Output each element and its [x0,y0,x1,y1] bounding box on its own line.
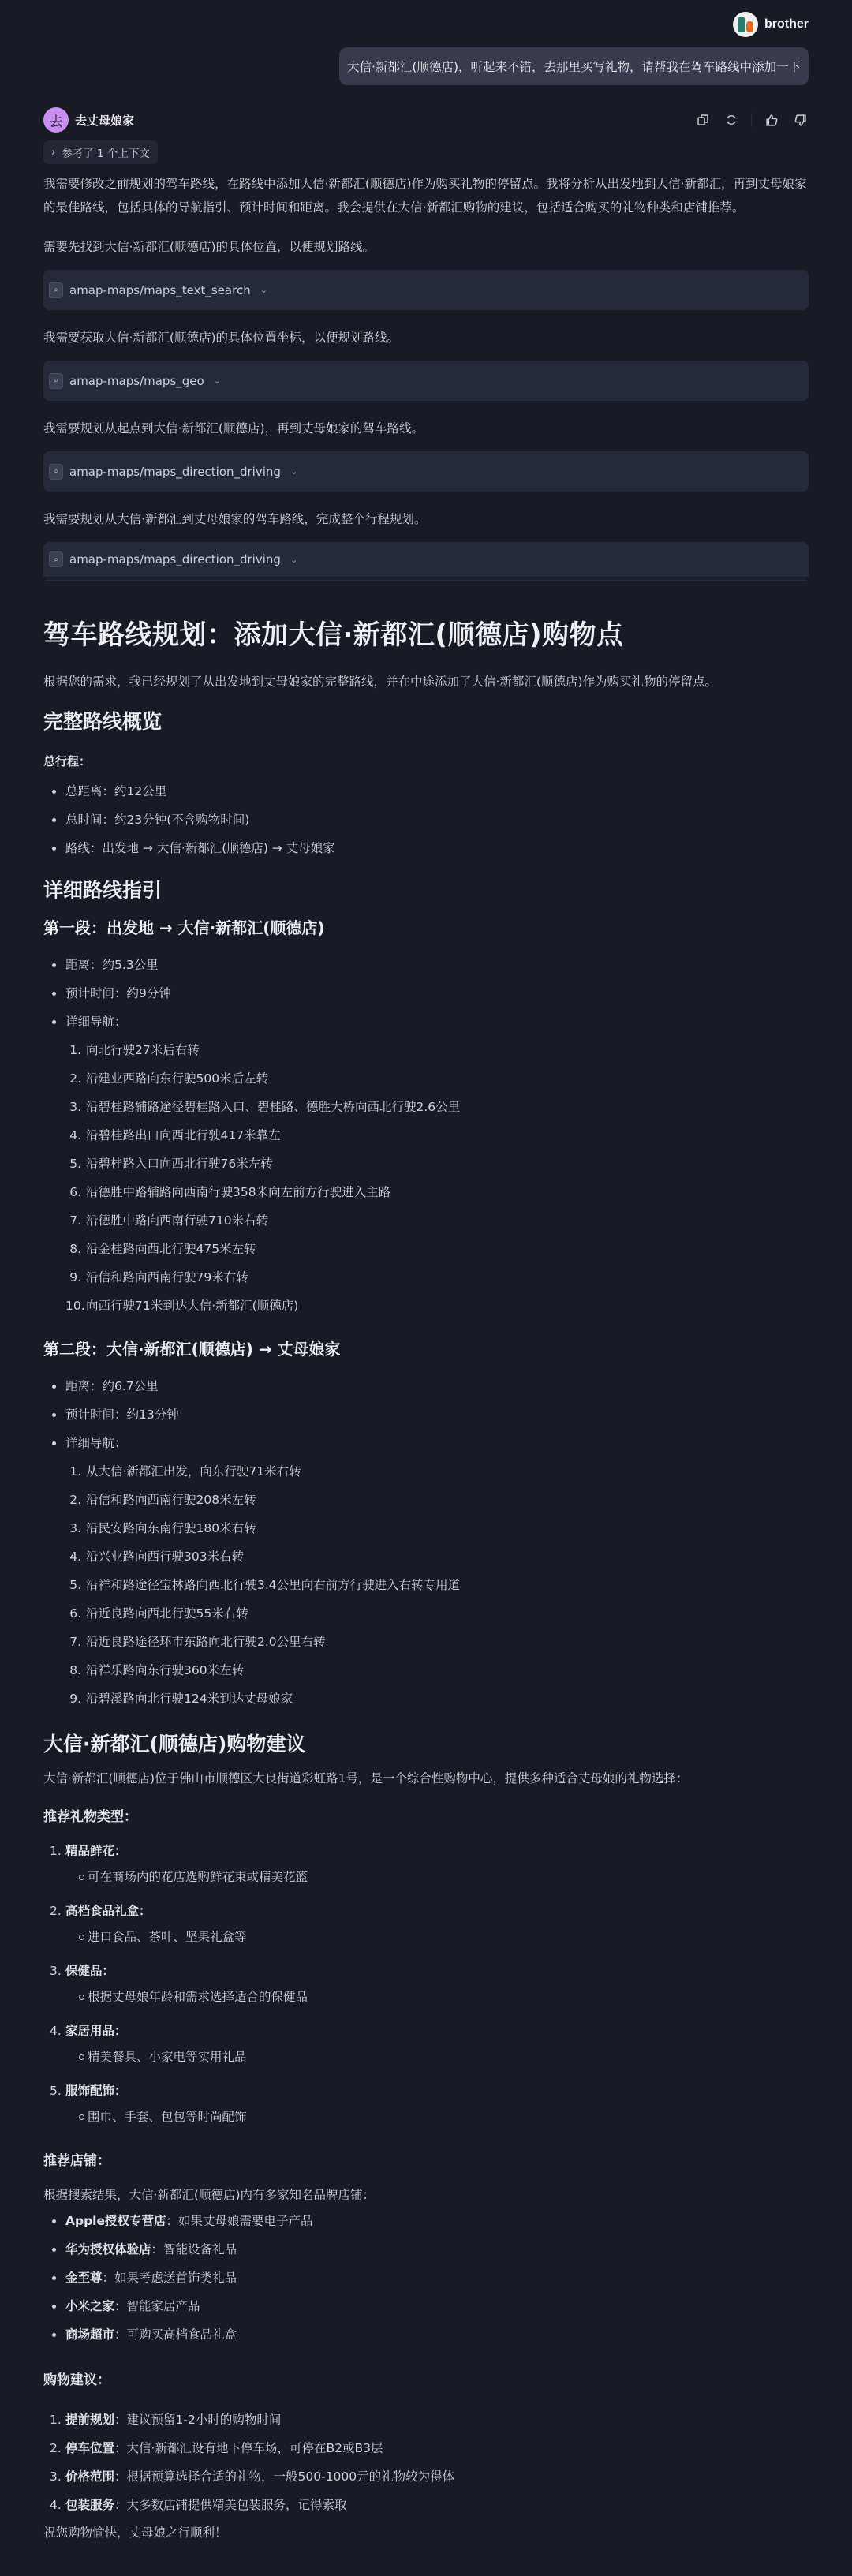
user-message-bubble: 大信·新都汇(顺德店)，听起来不错，去那里买写礼物，请帮我在驾车路线中添加一下 [339,47,809,85]
overview-label: 总行程： [43,750,809,772]
leg1-steps: 1.向北行驶27米后右转 2.沿建业西路向东行驶500米后左转 3.沿碧桂路辅路… [65,1036,809,1320]
tool-call-name: amap-maps/maps_direction_driving [69,465,281,479]
context-reference-label: 参考了 1 个上下文 [62,144,150,160]
chevron-right-icon: › [51,147,55,159]
user-avatar[interactable] [733,12,758,37]
assistant-name: 去丈母娘家 [75,112,134,129]
shopping-intro: 大信·新都汇(顺德店)位于佛山市顺德区大良街道彩虹路1号，是一个综合性购物中心，… [43,1767,809,1790]
stores-heading: 推荐店铺： [43,2150,809,2172]
tips-list: 1.提前规划：建议预留1-2小时的购物时间 2.停车位置：大信·新都汇设有地下停… [43,2406,809,2519]
tool-call-name: amap-maps/maps_direction_driving [69,552,281,566]
nav-step: 4.沿兴业路向西行驶303米右转 [65,1542,809,1571]
thumbs-down-icon[interactable] [791,111,809,129]
chevron-down-icon: ⌄ [214,376,221,386]
overview-item: 总时间：约23分钟(不含购物时间) [43,806,809,834]
tool-step-text: 我需要规划从大信·新都汇到丈母娘家的驾车路线，完成整个行程规划。 [43,507,809,531]
tool-call-name: amap-maps/maps_text_search [69,283,251,297]
leg2-info: 距离：约6.7公里 预计时间：约13分钟 详细导航： 1.从大信·新都汇出发，向… [43,1372,809,1713]
gift-type-item: 1.精品鲜花：可在商场内的花店选购鲜花束或精美花篮 [43,1839,809,1891]
tool-step-text: 我需要规划从起点到大信·新都汇(顺德店)，再到丈母娘家的驾车路线。 [43,417,809,440]
stores-list: Apple授权专营店：如果丈母娘需要电子产品 华为授权体验店：智能设备礼品 金至… [43,2207,809,2349]
leg1-nav-label: 详细导航： 1.向北行驶27米后右转 2.沿建业西路向东行驶500米后左转 3.… [43,1008,809,1320]
nav-step: 3.沿碧桂路辅路途径碧桂路入口、碧桂路、德胜大桥向西北行驶2.6公里 [65,1093,809,1121]
tool-call-card[interactable]: ⌕ amap-maps/maps_geo ⌄ [43,361,809,401]
stores-intro: 根据搜索结果，大信·新都汇(顺德店)内有多家知名品牌店铺： [43,2183,809,2207]
nav-step: 2.沿建业西路向东行驶500米后左转 [65,1064,809,1093]
nav-step: 3.沿民安路向东南行驶180米右转 [65,1514,809,1542]
nav-step: 8.沿祥乐路向东行驶360米左转 [65,1656,809,1684]
gift-type-item: 3.保健品：根据丈母娘年龄和需求选择适合的保健品 [43,1959,809,2011]
chevron-down-icon: ⌄ [290,466,297,477]
shopping-heading: 大信·新都汇(顺德店)购物建议 [43,1730,809,1759]
gift-type-item: 5.服饰配饰：围巾、手套、包包等时尚配饰 [43,2079,809,2131]
nav-step: 7.沿近良路途径环市东路向北行驶2.0公里右转 [65,1628,809,1656]
assistant-header: 去 去丈母娘家 [43,106,809,134]
user-name: brother [764,17,809,32]
leg2-time: 预计时间：约13分钟 [43,1400,809,1429]
overview-item: 路线：出发地 → 大信·新都汇(顺德店) → 丈母娘家 [43,834,809,862]
tool-call-name: amap-maps/maps_geo [69,374,204,388]
chat-page: brother 大信·新都汇(顺德店)，听起来不错，去那里买写礼物，请帮我在驾车… [0,0,852,2576]
leg1-info: 距离：约5.3公里 预计时间：约9分钟 详细导航： 1.向北行驶27米后右转 2… [43,951,809,1320]
nav-step: 9.沿信和路向西南行驶79米右转 [65,1263,809,1292]
store-item: 华为授权体验店：智能设备礼品 [43,2235,809,2264]
overview-list: 总距离：约12公里 总时间：约23分钟(不含购物时间) 路线：出发地 → 大信·… [43,777,809,862]
tool-card-divider [45,577,807,581]
thumbs-up-icon[interactable] [763,111,780,129]
leg2-steps: 1.从大信·新都汇出发，向东行驶71米右转 2.沿信和路向西南行驶208米左转 … [65,1457,809,1713]
context-reference-toggle[interactable]: › 参考了 1 个上下文 [43,140,158,164]
regenerate-icon[interactable] [723,111,740,129]
nav-step: 5.沿祥和路途径宝林路向西北行驶3.4公里向右前方行驶进入右转专用道 [65,1571,809,1599]
copy-icon[interactable] [694,111,712,129]
nav-step: 9.沿碧溪路向北行驶124米到达丈母娘家 [65,1684,809,1713]
nav-step: 2.沿信和路向西南行驶208米左转 [65,1486,809,1514]
tip-item: 2.停车位置：大信·新都汇设有地下停车场，可停在B2或B3层 [43,2434,809,2462]
gift-type-item: 4.家居用品：精美餐具、小家电等实用礼品 [43,2019,809,2071]
chevron-down-icon: ⌄ [290,555,297,565]
tool-step-text: 我需要获取大信·新都汇(顺德店)的具体位置坐标，以便规划路线。 [43,326,809,350]
leg1-time: 预计时间：约9分钟 [43,979,809,1008]
tip-item: 3.价格范围：根据预算选择合适的礼物，一般500-1000元的礼物较为得体 [43,2462,809,2491]
tip-item: 4.包装服务：大多数店铺提供精美包装服务，记得索取 [43,2491,809,2519]
nav-step: 5.沿碧桂路入口向西北行驶76米左转 [65,1150,809,1178]
tool-call-card[interactable]: ⌕ amap-maps/maps_direction_driving ⌄ [43,451,809,492]
map-tool-icon: ⌕ [49,282,63,298]
store-item: 小米之家：智能家居产品 [43,2292,809,2320]
gift-types-list: 1.精品鲜花：可在商场内的花店选购鲜花束或精美花篮 2.高档食品礼盒：进口食品、… [43,1839,809,2131]
user-header: brother [43,0,809,41]
chevron-down-icon: ⌄ [260,285,267,295]
store-item: 金至尊：如果考虑送首饰类礼品 [43,2264,809,2292]
message-actions [694,111,809,129]
nav-step: 1.从大信·新都汇出发，向东行驶71米右转 [65,1457,809,1486]
overview-heading: 完整路线概览 [43,708,809,736]
leg2-distance: 距离：约6.7公里 [43,1372,809,1400]
leg1-distance: 距离：约5.3公里 [43,951,809,979]
map-tool-icon: ⌕ [49,551,63,567]
tool-step-text: 需要先找到大信·新都汇(顺德店)的具体位置，以便规划路线。 [43,235,809,259]
tool-call-card[interactable]: ⌕ amap-maps/maps_text_search ⌄ [43,270,809,310]
overview-item: 总距离：约12公里 [43,777,809,806]
nav-step: 6.沿近良路向西北行驶55米右转 [65,1599,809,1628]
assistant-avatar: 去 [43,107,69,133]
store-item: 商场超市：可购买高档食品礼盒 [43,2320,809,2349]
gift-types-heading: 推荐礼物类型： [43,1806,809,1828]
nav-step: 7.沿德胜中路向西南行驶710米右转 [65,1206,809,1235]
leg2-heading: 第二段：大信·新都汇(顺德店) → 丈母娘家 [43,1337,809,1361]
nav-step: 10.向西行驶71米到达大信·新都汇(顺德店) [65,1292,809,1320]
report-title: 驾车路线规划：添加大信·新都汇(顺德店)购物点 [43,616,809,654]
tip-item: 1.提前规划：建议预留1-2小时的购物时间 [43,2406,809,2434]
report-summary: 根据您的需求，我已经规划了从出发地到丈母娘家的完整路线，并在中途添加了大信·新都… [43,670,809,694]
map-tool-icon: ⌕ [49,373,63,389]
detail-heading: 详细路线指引 [43,877,809,905]
closing-message: 祝您购物愉快，丈母娘之行顺利！ [43,2521,809,2544]
intro-paragraph: 我需要修改之前规划的驾车路线，在路线中添加大信·新都汇(顺德店)作为购买礼物的停… [43,172,809,219]
leg1-heading: 第一段：出发地 → 大信·新都汇(顺德店) [43,916,809,940]
nav-step: 4.沿碧桂路出口向西北行驶417米靠左 [65,1121,809,1150]
nav-step: 6.沿德胜中路辅路向西南行驶358米向左前方行驶进入主路 [65,1178,809,1206]
store-item: Apple授权专营店：如果丈母娘需要电子产品 [43,2207,809,2235]
leg2-nav-label: 详细导航： 1.从大信·新都汇出发，向东行驶71米右转 2.沿信和路向西南行驶2… [43,1429,809,1713]
nav-step: 8.沿金桂路向西北行驶475米左转 [65,1235,809,1263]
nav-step: 1.向北行驶27米后右转 [65,1036,809,1064]
actions-divider [751,113,752,127]
map-tool-icon: ⌕ [49,464,63,480]
gift-type-item: 2.高档食品礼盒：进口食品、茶叶、坚果礼盒等 [43,1899,809,1951]
tips-heading: 购物建议： [43,2369,809,2391]
tool-call-card[interactable]: ⌕ amap-maps/maps_direction_driving ⌄ [43,542,809,577]
